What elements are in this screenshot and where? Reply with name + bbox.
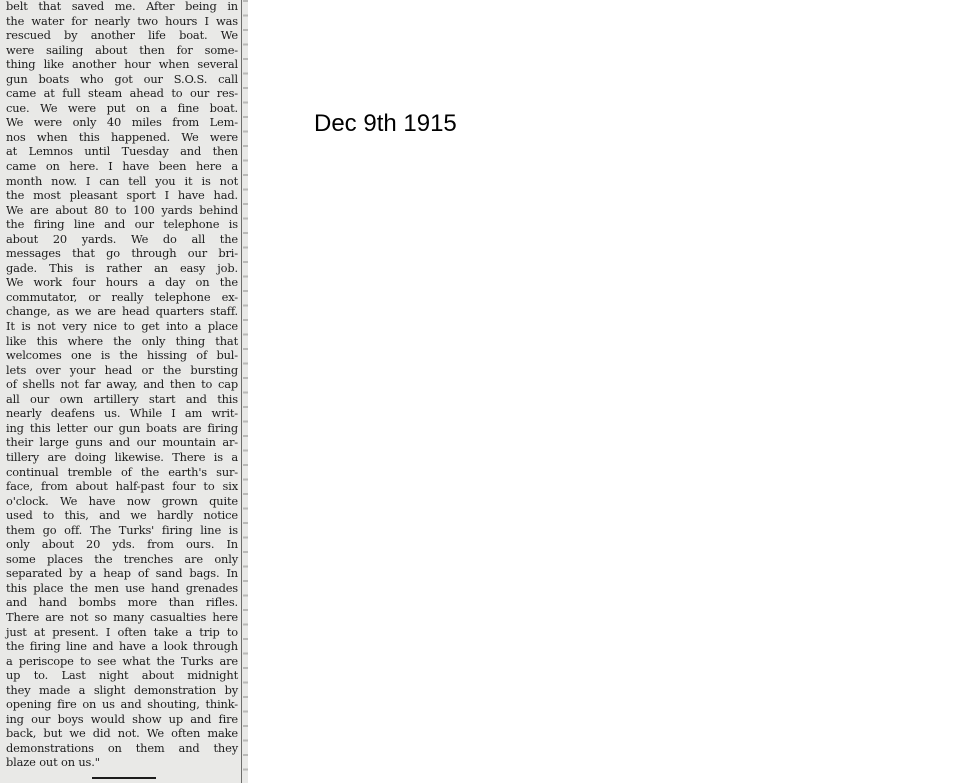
- column-divider: [241, 0, 242, 783]
- article-line: It is not very nice to get into a place: [6, 319, 238, 334]
- article-end-rule: [92, 777, 156, 779]
- article-line: tillery are doing likewise. There is a: [6, 450, 238, 465]
- article-line: of shells not far away, and then to cap: [6, 377, 238, 392]
- article-line: We are about 80 to 100 yards behind: [6, 203, 238, 218]
- article-line: separated by a heap of sand bags. In: [6, 566, 238, 581]
- article-line: thing like another hour when several: [6, 57, 238, 72]
- article-line: nearly deafens us. While I am writ-: [6, 406, 238, 421]
- article-line: came on here. I have been here a: [6, 159, 238, 174]
- article-line: blaze out on us.": [6, 755, 238, 770]
- article-line: this place the men use hand grenades: [6, 581, 238, 596]
- article-line: about 20 yards. We do all the: [6, 232, 238, 247]
- adjacent-column-fragment: [243, 0, 248, 783]
- article-column: belt that saved me. After being inthe wa…: [6, 0, 238, 770]
- article-line: them go off. The Turks' firing line is: [6, 523, 238, 538]
- article-line: a periscope to see what the Turks are: [6, 654, 238, 669]
- date-label: Dec 9th 1915: [314, 110, 457, 138]
- article-line: month now. I can tell you it is not: [6, 174, 238, 189]
- article-line: just at present. I often take a trip to: [6, 625, 238, 640]
- article-line: only about 20 yds. from ours. In: [6, 537, 238, 552]
- article-line: There are not so many casualties here: [6, 610, 238, 625]
- article-line: nos when this happened. We were: [6, 130, 238, 145]
- article-line: up to. Last night about midnight: [6, 668, 238, 683]
- article-line: commutator, or really telephone ex-: [6, 290, 238, 305]
- article-line: some places the trenches are only: [6, 552, 238, 567]
- article-line: the water for nearly two hours I was: [6, 14, 238, 29]
- article-line: belt that saved me. After being in: [6, 0, 238, 14]
- article-line: opening fire on us and shouting, think-: [6, 697, 238, 712]
- article-line: o'clock. We have now grown quite: [6, 494, 238, 509]
- article-line: We work four hours a day on the: [6, 275, 238, 290]
- article-line: lets over your head or the bursting: [6, 363, 238, 378]
- article-line: all our own artillery start and this: [6, 392, 238, 407]
- article-line: they made a slight demonstration by: [6, 683, 238, 698]
- article-line: and hand bombs more than rifles.: [6, 595, 238, 610]
- article-line: welcomes one is the hissing of bul-: [6, 348, 238, 363]
- article-line: back, but we did not. We often make: [6, 726, 238, 741]
- article-line: the most pleasant sport I have had.: [6, 188, 238, 203]
- article-line: face, from about half-past four to six: [6, 479, 238, 494]
- article-line: We were only 40 miles from Lem-: [6, 115, 238, 130]
- article-line: like this where the only thing that: [6, 334, 238, 349]
- article-line: were sailing about then for some-: [6, 43, 238, 58]
- article-line: the firing line and our telephone is: [6, 217, 238, 232]
- article-line: the firing line and have a look through: [6, 639, 238, 654]
- article-line: demonstrations on them and they: [6, 741, 238, 756]
- article-line: gun boats who got our S.O.S. call: [6, 72, 238, 87]
- article-line: gade. This is rather an easy job.: [6, 261, 238, 276]
- article-line: ing this letter our gun boats are firing: [6, 421, 238, 436]
- article-line: messages that go through our bri-: [6, 246, 238, 261]
- article-line: continual tremble of the earth's sur-: [6, 465, 238, 480]
- article-line: at Lemnos until Tuesday and then: [6, 144, 238, 159]
- article-line: ing our boys would show up and fire: [6, 712, 238, 727]
- article-line: cue. We were put on a fine boat.: [6, 101, 238, 116]
- newspaper-clipping: belt that saved me. After being inthe wa…: [0, 0, 248, 783]
- article-line: change, as we are head quarters staff.: [6, 304, 238, 319]
- article-line: came at full steam ahead to our res-: [6, 86, 238, 101]
- article-line: rescued by another life boat. We: [6, 28, 238, 43]
- article-line: used to this, and we hardly notice: [6, 508, 238, 523]
- article-line: their large guns and our mountain ar-: [6, 435, 238, 450]
